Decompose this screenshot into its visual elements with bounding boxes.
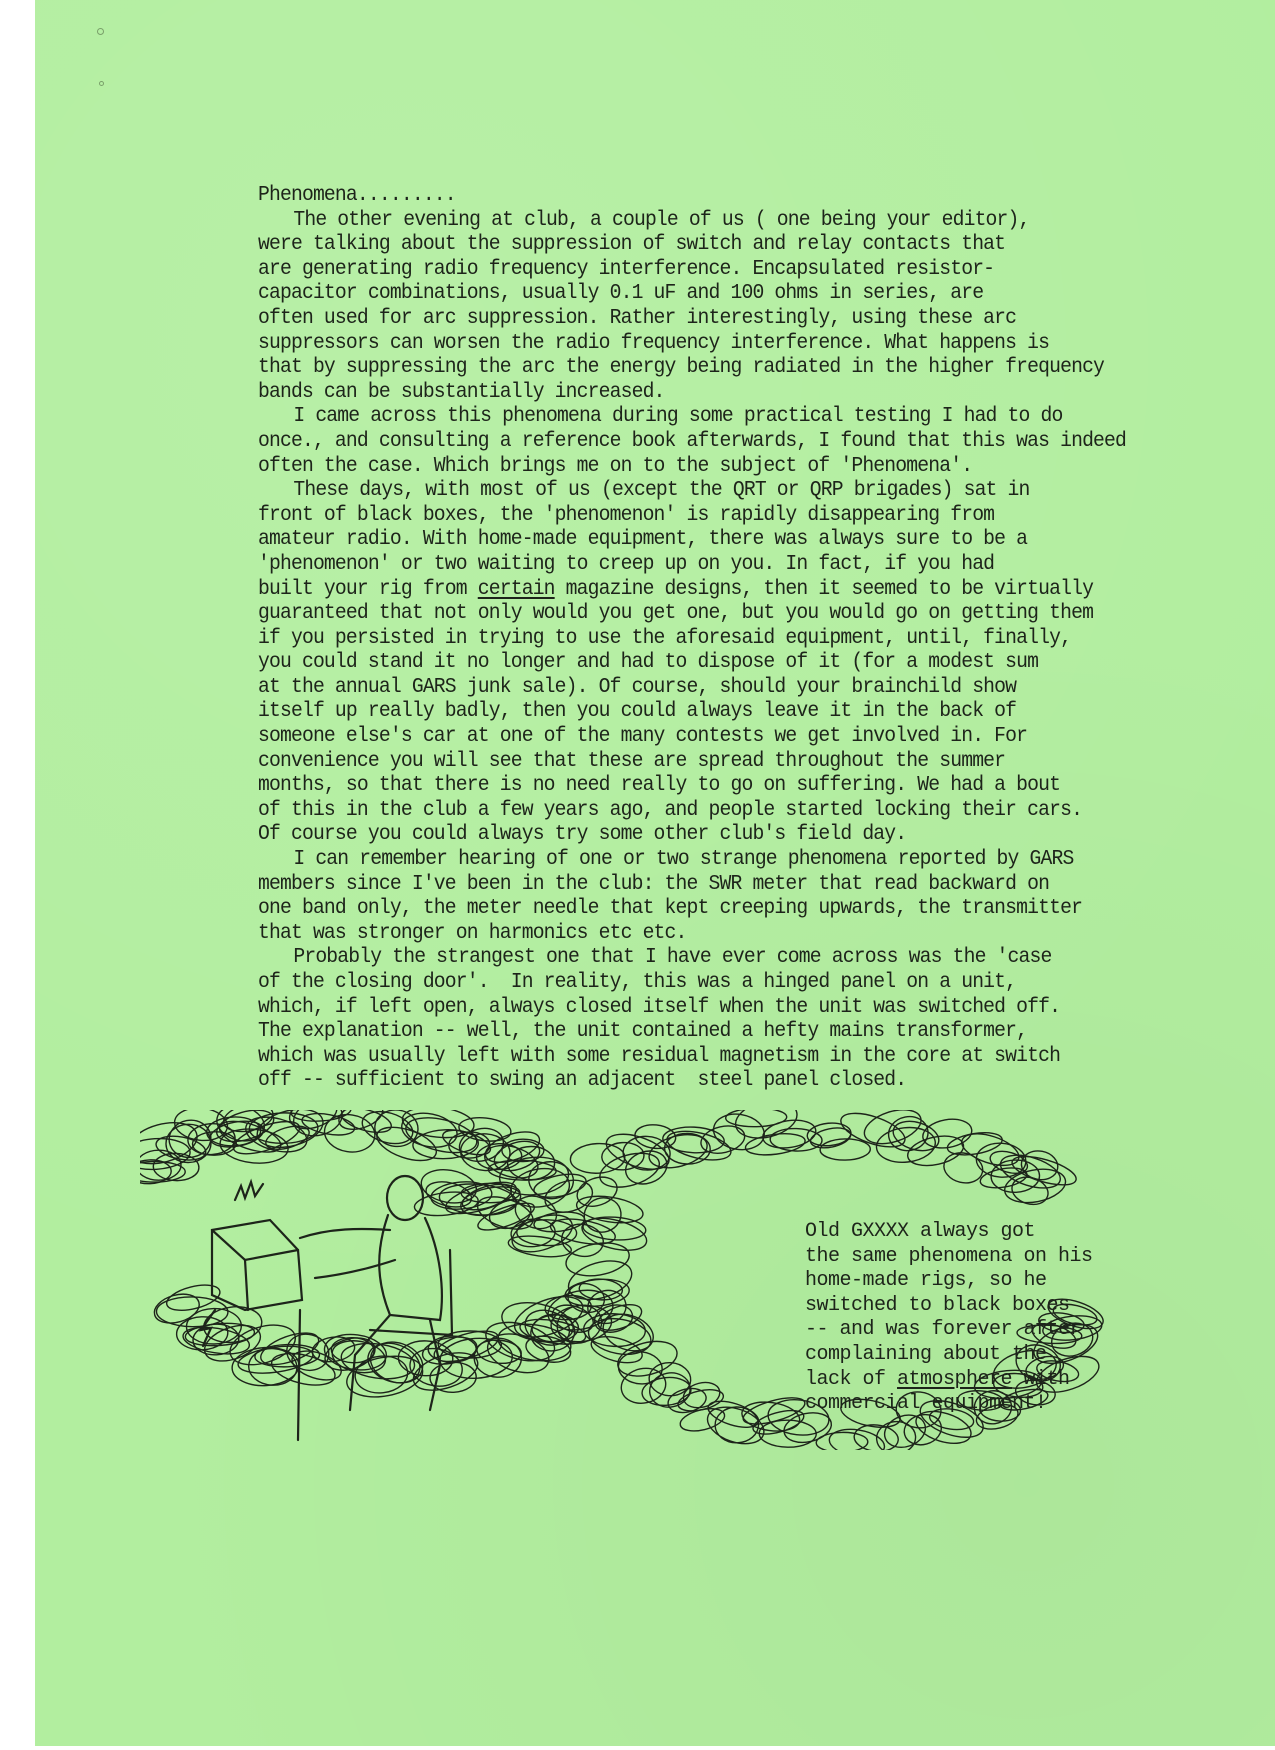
- text-line: 'phenomenon' or two waiting to creep up …: [258, 552, 1179, 577]
- article-paragraph: These days, with most of us (except the …: [258, 478, 1179, 847]
- text-line: months, so that there is no need really …: [258, 773, 1179, 798]
- text-line: members since I've been in the club: the…: [258, 872, 1179, 897]
- text-line: I can remember hearing of one or two str…: [258, 847, 1179, 872]
- text-line: capacitor combinations, usually 0.1 uF a…: [258, 281, 1179, 306]
- caption-line: complaining about the: [805, 1343, 1093, 1368]
- article-body: The other evening at club, a couple of u…: [258, 208, 1179, 1093]
- text-line: someone else's car at one of the many co…: [258, 724, 1179, 749]
- article-title: Phenomena.........: [258, 183, 1179, 208]
- text-line: of this in the club a few years ago, and…: [258, 798, 1179, 823]
- text-line: once., and consulting a reference book a…: [258, 429, 1179, 454]
- article-paragraph: The other evening at club, a couple of u…: [258, 208, 1179, 405]
- text-line: front of black boxes, the 'phenomenon' i…: [258, 503, 1179, 528]
- article-paragraph: I came across this phenomena during some…: [258, 404, 1179, 478]
- text-line: often the case. Which brings me on to th…: [258, 454, 1179, 479]
- text-line: The other evening at club, a couple of u…: [258, 208, 1179, 233]
- text-line: that by suppressing the arc the energy b…: [258, 355, 1179, 380]
- article-paragraph: I can remember hearing of one or two str…: [258, 847, 1179, 945]
- text-line: if you persisted in trying to use the af…: [258, 626, 1179, 651]
- punch-hole-mark: [99, 81, 104, 86]
- text-line: These days, with most of us (except the …: [258, 478, 1179, 503]
- text-line: off -- sufficient to swing an adjacent s…: [258, 1068, 1179, 1093]
- text-line: that was stronger on harmonics etc etc.: [258, 921, 1179, 946]
- text-line: which was usually left with some residua…: [258, 1044, 1179, 1069]
- text-line: built your rig from certain magazine des…: [258, 577, 1179, 602]
- illustration-caption: Old GXXXX always gotthe same phenomena o…: [805, 1220, 1093, 1417]
- underlined-word: atmosphere: [897, 1368, 1012, 1391]
- text-line: convenience you will see that these are …: [258, 749, 1179, 774]
- article-paragraph: Probably the strangest one that I have e…: [258, 945, 1179, 1093]
- text-line: I came across this phenomena during some…: [258, 404, 1179, 429]
- text-line: are generating radio frequency interfere…: [258, 257, 1179, 282]
- text-line: Of course you could always try some othe…: [258, 822, 1179, 847]
- text-line: guaranteed that not only would you get o…: [258, 601, 1179, 626]
- text-line: of the closing door'. In reality, this w…: [258, 970, 1179, 995]
- text-line: were talking about the suppression of sw…: [258, 232, 1179, 257]
- text-line: suppressors can worsen the radio frequen…: [258, 331, 1179, 356]
- caption-line: lack of atmosphere with: [805, 1368, 1093, 1393]
- article: Phenomena......... The other evening at …: [258, 183, 1179, 1093]
- text-line: you could stand it no longer and had to …: [258, 650, 1179, 675]
- caption-line: Old GXXXX always got: [805, 1220, 1093, 1245]
- text-line: The explanation -- well, the unit contai…: [258, 1019, 1179, 1044]
- text-line: bands can be substantially increased.: [258, 380, 1179, 405]
- caption-line: home-made rigs, so he: [805, 1269, 1093, 1294]
- text-line: amateur radio. With home-made equipment,…: [258, 527, 1179, 552]
- text-line: itself up really badly, then you could a…: [258, 699, 1179, 724]
- underlined-word: certain: [478, 577, 555, 601]
- caption-line: switched to black boxes: [805, 1294, 1093, 1319]
- text-line: at the annual GARS junk sale). Of course…: [258, 675, 1179, 700]
- caption-line: commercial equipment!: [805, 1392, 1093, 1417]
- caption-line: the same phenomena on his: [805, 1245, 1093, 1270]
- text-line: which, if left open, always closed itsel…: [258, 995, 1179, 1020]
- caption-line: -- and was forever after: [805, 1318, 1093, 1343]
- man-figure-icon: [201, 1176, 452, 1440]
- text-line: often used for arc suppression. Rather i…: [258, 306, 1179, 331]
- text-line: Probably the strangest one that I have e…: [258, 945, 1179, 970]
- punch-hole-mark: [97, 28, 104, 35]
- text-line: one band only, the meter needle that kep…: [258, 896, 1179, 921]
